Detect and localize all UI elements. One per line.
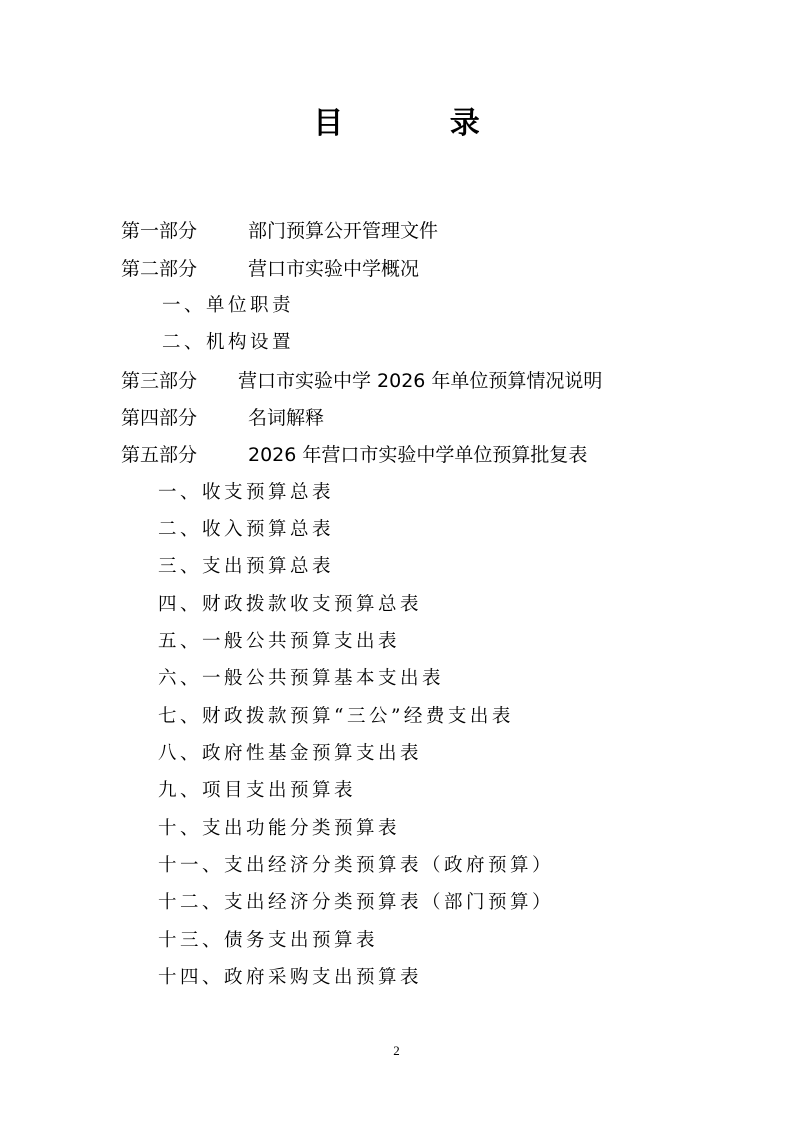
toc-item[interactable]: 十三、债务支出预算表 (158, 929, 378, 953)
part-number: 第二部分 (121, 257, 197, 281)
toc-item[interactable]: 三、支出预算总表 (158, 555, 334, 579)
part-title: 2026 年营口市实验中学单位预算批复表 (248, 443, 587, 467)
part-number: 第一部分 (121, 219, 197, 243)
toc-item[interactable]: 十四、政府采购支出预算表 (158, 966, 422, 990)
toc-item[interactable]: 五、一般公共预算支出表 (158, 630, 400, 654)
toc-item[interactable]: 一、单位职责 (162, 294, 294, 318)
part-title: 营口市实验中学概况 (248, 257, 419, 281)
part-number: 第三部分 (121, 369, 197, 393)
toc-item[interactable]: 七、财政拨款预算“三公”经费支出表 (158, 705, 514, 729)
toc-item[interactable]: 十一、支出经济分类预算表（政府预算） (158, 854, 554, 878)
table-of-contents: 第一部分 部门预算公开管理文件 第二部分 营口市实验中学概况 一、单位职责 二、… (0, 0, 793, 1122)
part-title: 部门预算公开管理文件 (248, 219, 438, 243)
page-number: 2 (0, 1043, 793, 1059)
toc-item[interactable]: 一、收支预算总表 (158, 481, 334, 505)
part-number: 第五部分 (121, 443, 197, 467)
part-title: 营口市实验中学 2026 年单位预算情况说明 (238, 369, 602, 393)
toc-item[interactable]: 九、项目支出预算表 (158, 779, 356, 803)
toc-item[interactable]: 六、一般公共预算基本支出表 (158, 667, 444, 691)
toc-item[interactable]: 八、政府性基金预算支出表 (158, 742, 422, 766)
part-title: 名词解释 (248, 406, 324, 430)
toc-item[interactable]: 二、收入预算总表 (158, 518, 334, 542)
toc-item[interactable]: 二、机构设置 (162, 331, 294, 355)
toc-item[interactable]: 四、财政拨款收支预算总表 (158, 593, 422, 617)
toc-item[interactable]: 十二、支出经济分类预算表（部门预算） (158, 891, 554, 915)
part-number: 第四部分 (121, 406, 197, 430)
toc-item[interactable]: 十、支出功能分类预算表 (158, 817, 400, 841)
